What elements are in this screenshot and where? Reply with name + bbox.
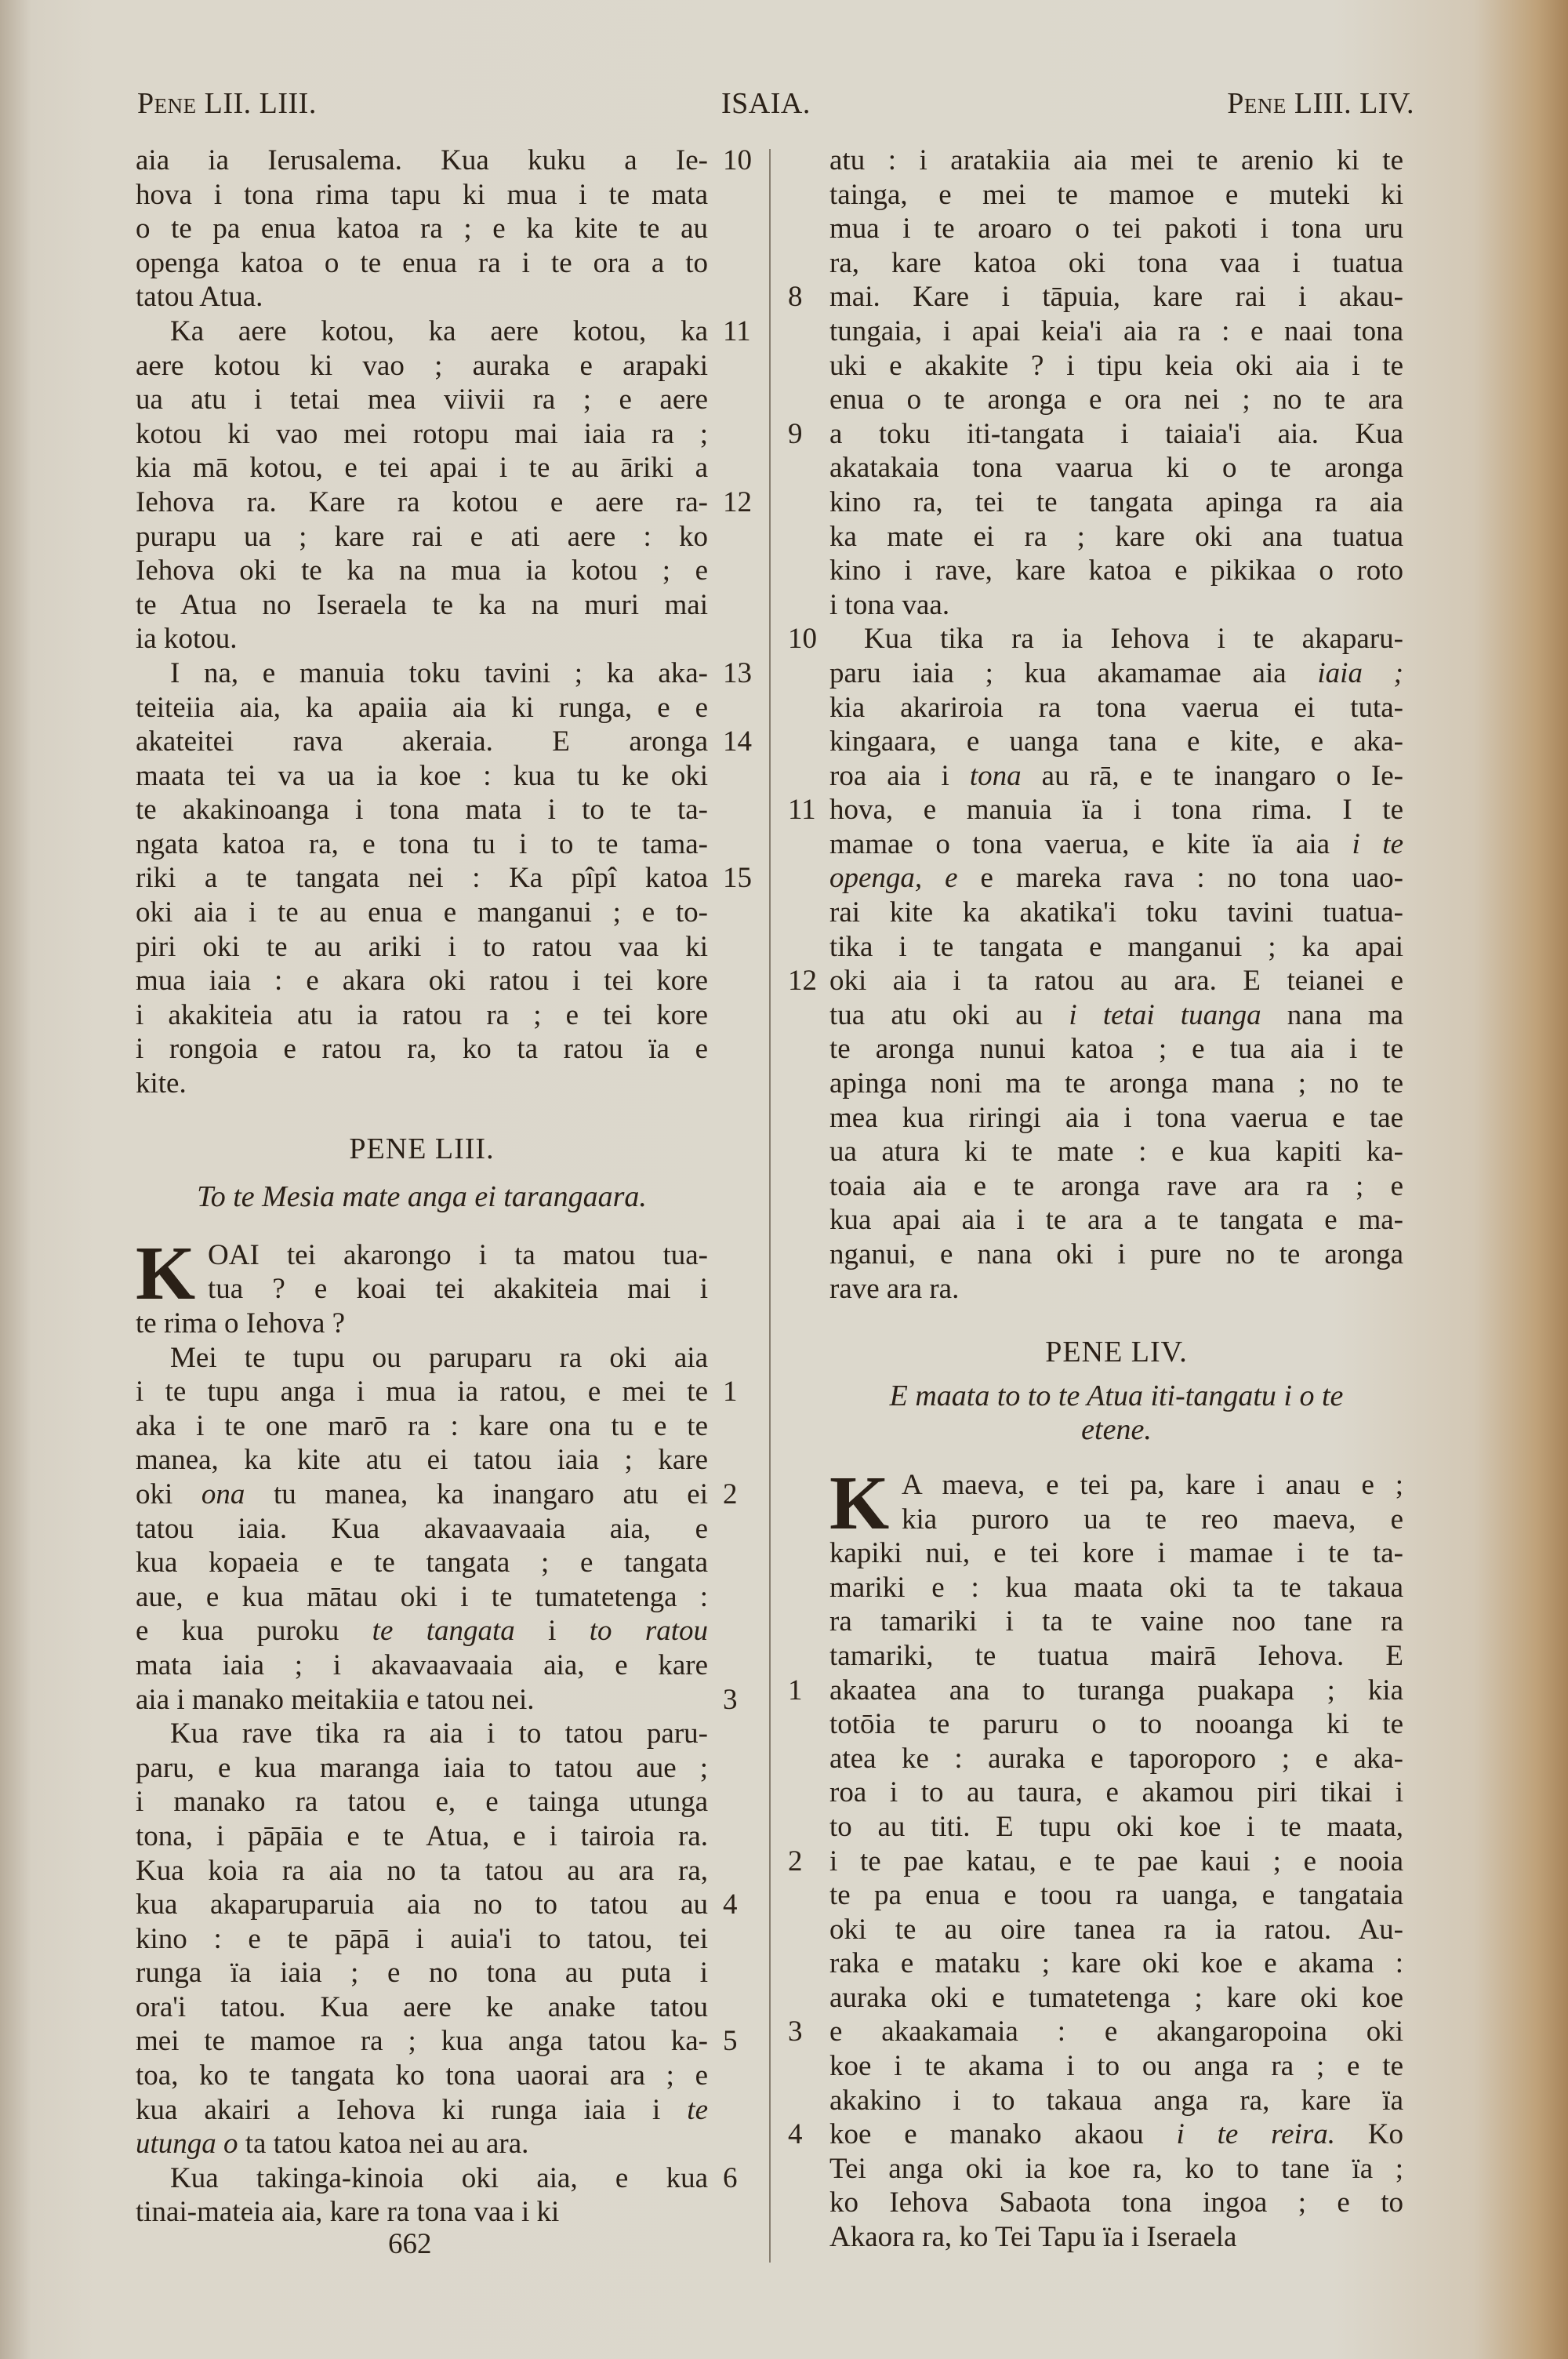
spacer <box>829 1448 1403 1468</box>
text-line: uki e akakite ? i tipu keia oki aia i te <box>829 349 1403 383</box>
text-line: paru, e kua maranga iaia to tatou aue ; <box>136 1751 708 1786</box>
text-line: Iehova oki te ka na mua ia kotou ; e <box>136 554 708 588</box>
running-head-right-prefix: Pene <box>1227 87 1287 120</box>
text-line: mamae o tona vaerua, e kite ïa aia i te <box>829 827 1403 862</box>
text-line: e akaakamaia : e akangaropoina oki <box>829 2015 1403 2049</box>
text-line: aia ia Ierusalema. Kua kuku a Ie- <box>136 144 708 178</box>
text-line: kotou ki vao mei rotopu mai iaia ra ; <box>136 417 708 452</box>
text-line: akaatea ana to turanga puakapa ; kia <box>829 1674 1403 1708</box>
text-line: ra, kare katoa oki tona vaa i tuatua <box>829 246 1403 281</box>
text-line: Akaora ra, ko Tei Tapu ïa i Iseraela <box>829 2220 1403 2255</box>
text-line: purapu ua ; kare rai e ati aere : ko <box>136 520 708 554</box>
spacer <box>136 1215 708 1238</box>
page-number: 662 <box>388 2227 432 2261</box>
text-line: te Atua no Iseraela te ka na muri mai <box>136 588 708 623</box>
verse-number: 6 <box>723 2161 738 2196</box>
text-line: kino i rave, kare katoa e pikikaa o roto <box>829 554 1403 588</box>
running-head-left: Pene LII. LIII. <box>137 86 317 121</box>
text-line: i te tupu anga i mua ia ratou, e mei te <box>136 1375 708 1409</box>
text-line: oki aia i ta ratou au ara. E teianei e <box>829 964 1403 998</box>
verse-number: 11 <box>788 793 816 827</box>
verse-number: 10 <box>723 144 752 178</box>
text-line: openga, e e mareka rava : no tona uao- <box>829 861 1403 896</box>
text-line: mai. Kare i tāpuia, kare rai i akau- <box>829 280 1403 314</box>
text-line: aia i manako meitakiia e tatou nei. <box>136 1683 708 1717</box>
text-line: toaia aia e te aronga rave ara ra ; e <box>829 1169 1403 1204</box>
drop-cap: K <box>136 1240 195 1307</box>
verse-number: 14 <box>723 725 752 759</box>
spacer <box>829 1306 1403 1336</box>
drop-cap: K <box>829 1470 889 1537</box>
column-divider <box>769 149 771 2263</box>
text-line: mua i te aroaro o tei pakoti i tona uru <box>829 212 1403 246</box>
text-line: koe i te akama i to ou anga ra ; e te <box>829 2049 1403 2084</box>
text-line: toa, ko te tangata ko tona uaorai ara ; … <box>136 2059 708 2093</box>
text-line: roa aia i tona au rā, e te inangaro o Ie… <box>829 759 1403 794</box>
text-line: atu : i aratakiia aia mei te arenio ki t… <box>829 144 1403 178</box>
text-line: i tona vaa. <box>829 588 1403 623</box>
text-line: aue, e kua mātau oki i te tumatetenga : <box>136 1580 708 1615</box>
text-line: a toku iti-tangata i taiaia'i aia. Kua <box>829 417 1403 452</box>
text-line: maata tei va ua ia koe : kua tu ke oki <box>136 759 708 794</box>
verse-number: 4 <box>788 2117 803 2152</box>
text-line: ngata katoa ra, e tona tu i to te tama- <box>136 827 708 862</box>
text-line: te aronga nunui katoa ; e tua aia i te <box>829 1032 1403 1067</box>
verse-number: 1 <box>788 1674 803 1708</box>
text-line: apinga noni ma te aronga mana ; no te <box>829 1067 1403 1101</box>
spacer <box>829 1370 1403 1379</box>
verse-number: 3 <box>788 2015 803 2049</box>
text-line: I na, e manuia toku tavini ; ka aka- <box>136 656 708 691</box>
text-line: tua atu oki au i tetai tuanga nana ma <box>829 998 1403 1033</box>
text-line: kia mā kotou, e tei apai i te au āriki a <box>136 451 708 485</box>
text-line: rave ara ra. <box>829 1272 1403 1307</box>
text-line: Kua koia ra aia no ta tatou au ara ra, <box>136 1854 708 1888</box>
text-line: riki a te tangata nei : Ka pîpî katoa <box>136 861 708 896</box>
text-line: to au titi. E tupu oki koe i te maata, <box>829 1810 1403 1845</box>
text-line: akateitei rava akeraia. E aronga <box>136 725 708 759</box>
text-line: tika i te tangata e manganui ; ka apai <box>829 930 1403 965</box>
text-line: kapiki nui, e tei kore i mamae i te ta- <box>829 1536 1403 1571</box>
verse-number: 9 <box>788 417 803 452</box>
text-line: roa i to au taura, e akamou piri tikai i <box>829 1776 1403 1810</box>
text-line: Tei anga oki ia koe ra, ko to tane ïa ; <box>829 2152 1403 2186</box>
verse-number: 1 <box>723 1375 738 1409</box>
text-line: paru iaia ; kua akamamae aia iaia ; <box>829 656 1403 691</box>
text-line: kua akairi a Iehova ki runga iaia i te <box>136 2093 708 2128</box>
text-line: tainga, e mei te mamoe e muteki ki <box>829 178 1403 213</box>
verse-number: 15 <box>723 861 752 896</box>
text-line: ka mate ei ra ; kare oki ana tuatua <box>829 520 1403 554</box>
verse-number: 2 <box>723 1478 738 1512</box>
text-line: mei te mamoe ra ; kua anga tatou ka- <box>136 2024 708 2059</box>
text-line: tatou iaia. Kua akavaavaaia aia, e <box>136 1512 708 1547</box>
text-line: tamariki, te tuatua mairā Iehova. E <box>829 1639 1403 1674</box>
text-line: i akakiteia atu ia ratou ra ; e tei kore <box>136 998 708 1033</box>
chapter-summary-liv: E maata to to te Atua iti-tangatu i o te <box>829 1379 1403 1414</box>
verse-number: 2 <box>788 1845 803 1879</box>
text-line: ora'i tatou. Kua aere ke anake tatou <box>136 1990 708 2025</box>
text-line: aka i te one marō ra : kare ona tu e te <box>136 1409 708 1444</box>
text-line: te pa enua e toou ra uanga, e tangataia <box>829 1878 1403 1913</box>
text-line: Mei te tupu ou paruparu ra oki aia <box>136 1341 708 1376</box>
text-line: o te pa enua katoa ra ; e ka kite te au <box>136 212 708 246</box>
text-line: koe e manako akaou i te reira. Ko <box>829 2117 1403 2152</box>
running-head-right: Pene LIII. LIV. <box>1227 86 1414 121</box>
text-line: te rima o Iehova ? <box>136 1307 708 1341</box>
chapter-liii-opening: KOAI tei akarongo i ta matou tua-tua ? e… <box>136 1238 708 1307</box>
text-line: raka e mataku ; kare oki koe e akama : <box>829 1946 1403 1981</box>
text-line: OAI tei akarongo i ta matou tua- <box>136 1238 708 1273</box>
text-line: kua kopaeia e te tangata ; e tangata <box>136 1546 708 1580</box>
text-line: tinai-mateia aia, kare ra tona vaa i ki <box>136 2195 708 2230</box>
running-head-book-title: ISAIA. <box>721 86 811 121</box>
text-line: openga katoa o te enua ra i te ora a to <box>136 246 708 281</box>
text-line: i te pae katau, e te pae kaui ; e nooia <box>829 1845 1403 1879</box>
text-line: oki ona tu manea, ka inangaro atu ei <box>136 1478 708 1512</box>
text-line: kia akariroia ra tona vaerua ei tuta- <box>829 691 1403 725</box>
text-line: kino : e te pāpā i auia'i to tatou, tei <box>136 1922 708 1957</box>
text-line: A maeva, e tei pa, kare i anau e ; <box>829 1468 1403 1503</box>
text-line: hova, e manuia ïa i tona rima. I te <box>829 793 1403 827</box>
chapter-liv-opening: KA maeva, e tei pa, kare i anau e ;kia p… <box>829 1468 1403 1536</box>
text-line: utunga o ta tatou katoa nei au ara. <box>136 2127 708 2161</box>
text-line: ua atu i tetai mea viivii ra ; e aere <box>136 383 708 417</box>
verse-number: 4 <box>723 1888 738 1922</box>
text-line: kia puroro ua te reo maeva, e <box>829 1503 1403 1537</box>
text-line: Ka aere kotou, ka aere kotou, ka <box>136 314 708 349</box>
text-line: kite. <box>136 1067 708 1101</box>
verse-number: 8 <box>788 280 803 314</box>
text-line: piri oki te au ariki i to ratou vaa ki <box>136 930 708 965</box>
text-line: manea, ka kite atu ei tatou iaia ; kare <box>136 1443 708 1478</box>
text-line: kua apai aia i te ara a te tangata e ma- <box>829 1203 1403 1238</box>
text-line: tua ? e koai tei akakiteia mai i <box>136 1272 708 1307</box>
text-line: mariki e : kua maata oki ta te takaua <box>829 1571 1403 1605</box>
chapter-summary-liii: To te Mesia mate anga ei tarangaara. <box>136 1180 708 1215</box>
book-page: Pene LII. LIII. ISAIA. Pene LIII. LIV. a… <box>0 0 1568 2359</box>
text-line: kingaara, e uanga tana e kite, e aka- <box>829 725 1403 759</box>
text-line: ra tamariki i ta te vaine noo tane ra <box>829 1605 1403 1639</box>
verse-number: 10 <box>788 622 817 656</box>
text-line: Kua tika ra ia Iehova i te akaparu- <box>829 622 1403 656</box>
text-line: mua iaia : e akara oki ratou i tei kore <box>136 964 708 998</box>
text-line: oki aia i te au enua e manganui ; e to- <box>136 896 708 930</box>
text-line: mata iaia ; i akavaavaaia aia, e kare <box>136 1648 708 1683</box>
text-line: kua akaparuparuia aia no to tatou au <box>136 1888 708 1922</box>
verse-number: 12 <box>788 964 817 998</box>
spacer <box>136 1166 708 1180</box>
verse-number: 12 <box>723 485 752 520</box>
text-line: auraka oki e tumatetenga ; kare oki koe <box>829 1981 1403 2016</box>
verse-number: 13 <box>723 656 752 691</box>
left-column: aia ia Ierusalema. Kua kuku a Ie-hova i … <box>136 144 708 2230</box>
text-line: teiteiia aia, ka apaiia aia ki runga, e … <box>136 691 708 725</box>
verse-number: 5 <box>723 2024 738 2059</box>
text-line: akatakaia tona vaarua ki o te aronga <box>829 451 1403 485</box>
text-line: e kua puroku te tangata i to ratou <box>136 1614 708 1648</box>
chapter-heading-liv: PENE LIV. <box>829 1336 1403 1370</box>
running-head-right-chapters: LIII. LIV. <box>1294 87 1414 120</box>
text-line: mea kua riringi aia i tona vaerua e tae <box>829 1101 1403 1136</box>
text-line: atea ke : auraka e taporoporo ; e aka- <box>829 1742 1403 1776</box>
text-line: enua o te aronga e ora nei ; no te ara <box>829 383 1403 417</box>
running-head-left-prefix: Pene <box>137 87 197 120</box>
spacer <box>136 1101 708 1132</box>
verse-number: 11 <box>723 314 751 349</box>
text-line: oki te au oire tanea ra ia ratou. Au- <box>829 1913 1403 1947</box>
text-line: te akakinoanga i tona mata i to te ta- <box>136 793 708 827</box>
text-line: akakino i to takaua anga ra, kare ïa <box>829 2084 1403 2118</box>
chapter-summary-liv-cont: etene. <box>829 1413 1403 1448</box>
right-column: atu : i aratakiia aia mei te arenio ki t… <box>829 144 1403 2255</box>
chapter-heading-liii: PENE LIII. <box>136 1132 708 1167</box>
text-line: Kua rave tika ra aia i to tatou paru- <box>136 1717 708 1751</box>
text-line: aere kotou ki vao ; auraka e arapaki <box>136 349 708 383</box>
text-line: i manako ra tatou e, e tainga utunga <box>136 1785 708 1819</box>
text-line: nganui, e nana oki i pure no te aronga <box>829 1238 1403 1272</box>
text-line: rai kite ka akatika'i toku tavini tuatua… <box>829 896 1403 930</box>
text-line: runga ïa iaia ; e no tona au puta i <box>136 1956 708 1990</box>
text-line: totōia te paruru o to nooanga ki te <box>829 1707 1403 1742</box>
text-line: tungaia, i apai keia'i aia ra : e naai t… <box>829 314 1403 349</box>
text-line: ko Iehova Sabaota tona ingoa ; e to <box>829 2186 1403 2220</box>
text-line: hova i tona rima tapu ki mua i te mata <box>136 178 708 213</box>
text-line: Iehova ra. Kare ra kotou e aere ra- <box>136 485 708 520</box>
text-line: Kua takinga-kinoia oki aia, e kua <box>136 2161 708 2196</box>
text-line: tatou Atua. <box>136 280 708 314</box>
text-line: kino ra, tei te tangata apinga ra aia <box>829 485 1403 520</box>
running-head-left-chapters: LII. LIII. <box>205 87 317 120</box>
text-line: tona, i pāpāia e te Atua, e i tairoia ra… <box>136 1819 708 1854</box>
verse-number: 3 <box>723 1683 738 1717</box>
text-line: ia kotou. <box>136 622 708 656</box>
text-line: ua atura ki te mate : e kua kapiti ka- <box>829 1135 1403 1169</box>
text-line: i rongoia e ratou ra, ko ta ratou ïa e <box>136 1032 708 1067</box>
